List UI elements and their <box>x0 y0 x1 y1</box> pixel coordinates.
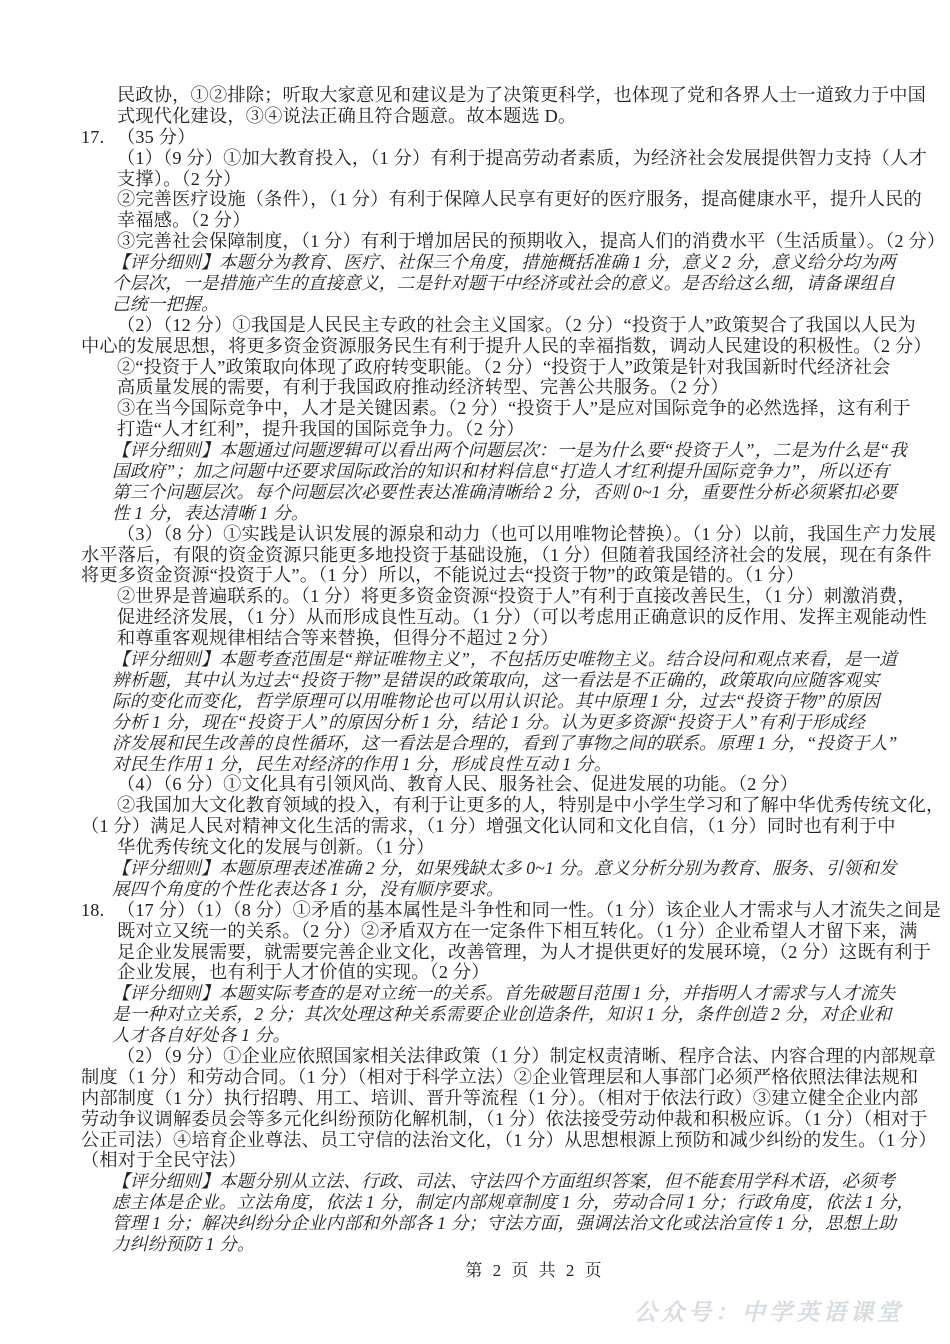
text-line: ③完善社会保障制度，（1 分）有利于增加居民的预期收入，提高人们的消费水平（生活… <box>0 231 950 252</box>
text-line: 18.（17 分）（1）（8 分）①矛盾的基本属性是斗争性和同一性。（1 分）该… <box>0 900 950 921</box>
line-text: 打造“人才红利”，提升我国的国际竞争力。（2 分） <box>117 419 525 439</box>
text-line: 公正司法）④培育企业尊法、员工守信的法治文化，（1 分）从思想根源上预防和减少纠… <box>0 1130 950 1151</box>
line-text: 幸福感。（2 分） <box>117 210 251 230</box>
answer-key-text: 民政协，①②排除；听取大家意见和建议是为了决策更科学，也体现了党和各界人士一道致… <box>0 85 950 1255</box>
rubric-line: 【评分细则】本题实际考查的是对立统一的关系。首先破题目范围 1 分，并指明人才需… <box>0 983 950 1004</box>
line-text: 际的变化而变化，哲学原理可以用唯物论也可以用认识论。其中原理 1 分，过去“投资… <box>112 691 880 711</box>
text-line: （2）（9 分）①企业应依照国家相关法律政策（1 分）制定权责清晰、程序合法、内… <box>0 1046 950 1067</box>
rubric-line: 【评分细则】本题原理表述准确 2 分，如果残缺太多 0~1 分。意义分析分别为教… <box>0 858 950 879</box>
page-number-footer: 第 2 页 共 2 页 <box>0 1256 950 1281</box>
line-text: 对民生作用 1 分，民生对经济的作用 1 分，形成良性互动 1 分。 <box>112 754 611 774</box>
line-text: ②完善医疗设施（条件），（1 分）有利于保障人民享有更好的医疗服务，提高健康水平… <box>117 189 922 209</box>
line-text: 国政府”；加之问题中还要求国际政治的知识和材料信息“打造人才红利提升国际竞争力”… <box>112 461 889 481</box>
text-line: 促进经济发展，（1 分）从而形成良性互动。（1 分）（可以考虑用正确意识的反作用… <box>0 607 950 628</box>
line-text: 支撑）。（2 分） <box>117 169 242 189</box>
rubric-line: 展四个角度的个性化表达各 1 分，没有顺序要求。 <box>0 879 950 900</box>
text-line: （1）（9 分）①加大教育投入，（1 分）有利于提高劳动者素质，为经济社会发展提… <box>0 148 950 169</box>
line-text: 分析 1 分，现在“投资于人”的原因分析 1 分，结论 1 分。认为更多资源“投… <box>112 712 865 732</box>
text-line: 水平落后，有限的资金资源只能更多地投资于基础设施，（1 分）但随着我国经济社会的… <box>0 545 950 566</box>
rubric-line: 【评分细则】本题通过问题逻辑可以看出两个问题层次：一是为什么要“投资于人”，二是… <box>0 440 950 461</box>
line-text: 【评分细则】本题实际考查的是对立统一的关系。首先破题目范围 1 分，并指明人才需… <box>112 983 895 1003</box>
text-line: （1 分）满足人民对精神文化生活的需求，（1 分）增强文化认同和文化自信，（1 … <box>0 816 950 837</box>
line-text: 【评分细则】本题考查范围是“辩证唯物主义”，不包括历史唯物主义。结合设问和观点来… <box>112 649 897 669</box>
line-text: 和尊重客观规律相结合等来替换，但得分不超过 2 分） <box>117 628 559 648</box>
line-text: ③完善社会保障制度，（1 分）有利于增加居民的预期收入，提高人们的消费水平（生活… <box>117 231 945 251</box>
rubric-line: 辨析题，其中认为过去“投资于物”是错误的政策取向，这一看法是不正确的，政策取向应… <box>0 670 950 691</box>
line-text: 式现代化建设，③④说法正确且符合题意。故本题选 D。 <box>117 106 576 126</box>
line-text: 管理 1 分；解决纠纷分企业内部和外部各 1 分；守法方面，强调法治文化或法治宣… <box>112 1213 896 1233</box>
line-text: ②我国加大文化教育领域的投入，有利于让更多的人，特别是中小学生学习和了解中华优秀… <box>117 795 944 815</box>
text-line: ③在当今国际竞争中，人才是关键因素。（2 分）“投资于人”是应对国际竞争的必然选… <box>0 398 950 419</box>
line-text: 企业发展，也有利于人才价值的实现。（2 分） <box>117 962 490 982</box>
line-text: 【评分细则】本题分别从立法、行政、司法、守法四个方面组织答案，但不能套用学科术语… <box>112 1171 895 1191</box>
line-text: 是一种对立关系，2 分；其次处理这种关系需要企业创造条件，知识 1 分，条件创造… <box>112 1004 892 1024</box>
line-text: 辨析题，其中认为过去“投资于物”是错误的政策取向，这一看法是不正确的，政策取向应… <box>112 670 879 690</box>
line-text: 【评分细则】本题分为教育、医疗、社保三个角度，措施概括准确 1 分，意义 2 分… <box>112 252 896 272</box>
rubric-line: 济发展和民生改善的良性循环，这一看法是合理的，看到了事物之间的联系。原理 1 分… <box>0 733 950 754</box>
rubric-line: 【评分细则】本题分别从立法、行政、司法、守法四个方面组织答案，但不能套用学科术语… <box>0 1171 950 1192</box>
text-line: 既对立又统一的关系。（2 分）②矛盾双方在一定条件下相互转化。（1 分）企业希望… <box>0 921 950 942</box>
rubric-line: 是一种对立关系，2 分；其次处理这种关系需要企业创造条件，知识 1 分，条件创造… <box>0 1004 950 1025</box>
line-text: 华优秀传统文化的发展与创新。（1 分） <box>117 837 435 857</box>
line-text: 内部制度（1 分）执行招聘、用工、培训、晋升等流程（1 分）。（相对于依法行政）… <box>81 1088 918 1108</box>
line-text: 既对立又统一的关系。（2 分）②矛盾双方在一定条件下相互转化。（1 分）企业希望… <box>117 921 918 941</box>
line-text: 济发展和民生改善的良性循环，这一看法是合理的，看到了事物之间的联系。原理 1 分… <box>112 733 898 753</box>
text-line: 制度（1 分）和劳动合同。（1 分）（相对于科学立法）②企业管理层和人事部门必须… <box>0 1067 950 1088</box>
line-text: 促进经济发展，（1 分）从而形成良性互动。（1 分）（可以考虑用正确意识的反作用… <box>117 607 927 627</box>
line-text: （17 分）（1）（8 分）①矛盾的基本属性是斗争性和同一性。（1 分）该企业人… <box>117 900 941 920</box>
line-text: 第三个问题层次。每个问题层次必要性表达准确清晰给 2 分，否则 0~1 分，重要… <box>112 482 897 502</box>
text-line: ②世界是普遍联系的。（1 分）将更多资金资源“投资于人”有利于直接改善民生，（1… <box>0 586 950 607</box>
rubric-line: 管理 1 分；解决纠纷分企业内部和外部各 1 分；守法方面，强调法治文化或法治宣… <box>0 1213 950 1234</box>
rubric-line: 际的变化而变化，哲学原理可以用唯物论也可以用认识论。其中原理 1 分，过去“投资… <box>0 691 950 712</box>
text-line: 和尊重客观规律相结合等来替换，但得分不超过 2 分） <box>0 628 950 649</box>
line-text: ②“投资于人”政策取向体现了政府转变职能。（2 分）“投资于人”政策是针对我国新… <box>117 357 891 377</box>
text-line: 企业发展，也有利于人才价值的实现。（2 分） <box>0 962 950 983</box>
watermark-text: 公众号：中学英语课堂 <box>634 1294 904 1327</box>
line-text: 水平落后，有限的资金资源只能更多地投资于基础设施，（1 分）但随着我国经济社会的… <box>81 545 932 565</box>
line-text: 公正司法）④培育企业尊法、员工守信的法治文化，（1 分）从思想根源上预防和减少纠… <box>81 1130 937 1150</box>
line-text: 己统一把握。 <box>112 294 219 314</box>
line-text: 个层次，一是措施产生的直接意义，二是针对题干中经济或社会的意义。是否给这么细，请… <box>112 273 895 293</box>
line-text: 性 1 分，表达清晰 1 分。 <box>112 503 309 523</box>
text-line: ②完善医疗设施（条件），（1 分）有利于保障人民享有更好的医疗服务，提高健康水平… <box>0 189 950 210</box>
line-text: 人才各自好处各 1 分。 <box>112 1025 290 1045</box>
document-page: 民政协，①②排除；听取大家意见和建议是为了决策更科学，也体现了党和各界人士一道致… <box>0 0 950 1344</box>
question-number: 17. <box>81 127 117 148</box>
line-text: ③在当今国际竞争中，人才是关键因素。（2 分）“投资于人”是应对国际竞争的必然选… <box>117 398 911 418</box>
text-line: 中心的发展思想，将更多资金资源服务民生有利于提升人民的幸福指数，调动人民建设的积… <box>0 336 950 357</box>
rubric-line: 虑主体是企业。立法角度，依法 1 分，制定内部规章制度 1 分，劳动合同 1 分… <box>0 1192 950 1213</box>
line-text: ②世界是普遍联系的。（1 分）将更多资金资源“投资于人”有利于直接改善民生，（1… <box>117 586 916 606</box>
rubric-line: 对民生作用 1 分，民生对经济的作用 1 分，形成良性互动 1 分。 <box>0 754 950 775</box>
text-line: （相对于全民守法） <box>0 1150 950 1171</box>
rubric-line: 分析 1 分，现在“投资于人”的原因分析 1 分，结论 1 分。认为更多资源“投… <box>0 712 950 733</box>
line-text: 中心的发展思想，将更多资金资源服务民生有利于提升人民的幸福指数，调动人民建设的积… <box>81 336 932 356</box>
line-text: （35 分） <box>117 127 196 147</box>
question-number: 18. <box>81 900 117 921</box>
text-line: （4）（6 分）①文化具有引领风尚、教育人民、服务社会、促进发展的功能。（2 分… <box>0 774 950 795</box>
rubric-line: 人才各自好处各 1 分。 <box>0 1025 950 1046</box>
text-line: 民政协，①②排除；听取大家意见和建议是为了决策更科学，也体现了党和各界人士一道致… <box>0 85 950 106</box>
text-line: 高质量发展的需要，有利于我国政府推动经济转型、完善公共服务。（2 分） <box>0 377 950 398</box>
rubric-line: 个层次，一是措施产生的直接意义，二是针对题干中经济或社会的意义。是否给这么细，请… <box>0 273 950 294</box>
rubric-line: 第三个问题层次。每个问题层次必要性表达准确清晰给 2 分，否则 0~1 分，重要… <box>0 482 950 503</box>
text-line: 打造“人才红利”，提升我国的国际竞争力。（2 分） <box>0 419 950 440</box>
text-line: 内部制度（1 分）执行招聘、用工、培训、晋升等流程（1 分）。（相对于依法行政）… <box>0 1088 950 1109</box>
line-text: 高质量发展的需要，有利于我国政府推动经济转型、完善公共服务。（2 分） <box>117 377 729 397</box>
text-line: 足企业发展需要，就需要完善企业文化，改善管理，为人才提供更好的发展环境，（2 分… <box>0 942 950 963</box>
line-text: 力纠纷预防 1 分。 <box>112 1234 255 1254</box>
text-line: 劳动争议调解委员会等多元化纠纷预防化解机制，（1 分）依法接受劳动仲裁和积极应诉… <box>0 1109 950 1130</box>
text-line: ②“投资于人”政策取向体现了政府转变职能。（2 分）“投资于人”政策是针对我国新… <box>0 357 950 378</box>
line-text: 制度（1 分）和劳动合同。（1 分）（相对于科学立法）②企业管理层和人事部门必须… <box>81 1067 918 1087</box>
line-text: 将更多资金资源“投资于人”。（1 分）所以，不能说过去“投资于物”的政策是错的。… <box>81 565 804 585</box>
line-text: 虑主体是企业。立法角度，依法 1 分，制定内部规章制度 1 分，劳动合同 1 分… <box>112 1192 914 1212</box>
text-line: 华优秀传统文化的发展与创新。（1 分） <box>0 837 950 858</box>
line-text: （2）（9 分）①企业应依照国家相关法律政策（1 分）制定权责清晰、程序合法、内… <box>117 1046 936 1066</box>
line-text: （2）（12 分）①我国是人民民主专政的社会主义国家。（2 分）“投资于人”政策… <box>117 315 916 335</box>
line-text: （3）（8 分）①实践是认识发展的源泉和动力（也可以用唯物论替换）。（1 分）以… <box>117 524 936 544</box>
rubric-line: 性 1 分，表达清晰 1 分。 <box>0 503 950 524</box>
text-line: 17.（35 分） <box>0 127 950 148</box>
line-text: 足企业发展需要，就需要完善企业文化，改善管理，为人才提供更好的发展环境，（2 分… <box>117 942 931 962</box>
line-text: 【评分细则】本题通过问题逻辑可以看出两个问题层次：一是为什么要“投资于人”，二是… <box>112 440 907 460</box>
text-line: 幸福感。（2 分） <box>0 210 950 231</box>
line-text: 展四个角度的个性化表达各 1 分，没有顺序要求。 <box>112 879 504 899</box>
rubric-line: 【评分细则】本题分为教育、医疗、社保三个角度，措施概括准确 1 分，意义 2 分… <box>0 252 950 273</box>
rubric-line: 力纠纷预防 1 分。 <box>0 1234 950 1255</box>
line-text: （1）（9 分）①加大教育投入，（1 分）有利于提高劳动者素质，为经济社会发展提… <box>117 148 927 168</box>
rubric-line: 己统一把握。 <box>0 294 950 315</box>
text-line: （2）（12 分）①我国是人民民主专政的社会主义国家。（2 分）“投资于人”政策… <box>0 315 950 336</box>
line-text: （1 分）满足人民对精神文化生活的需求，（1 分）增强文化认同和文化自信，（1 … <box>81 816 896 836</box>
rubric-line: 【评分细则】本题考查范围是“辩证唯物主义”，不包括历史唯物主义。结合设问和观点来… <box>0 649 950 670</box>
line-text: （相对于全民守法） <box>81 1150 247 1170</box>
line-text: 劳动争议调解委员会等多元化纠纷预防化解机制，（1 分）依法接受劳动仲裁和积极应诉… <box>81 1109 928 1129</box>
text-line: ②我国加大文化教育领域的投入，有利于让更多的人，特别是中小学生学习和了解中华优秀… <box>0 795 950 816</box>
text-line: 支撑）。（2 分） <box>0 169 950 190</box>
text-line: 式现代化建设，③④说法正确且符合题意。故本题选 D。 <box>0 106 950 127</box>
rubric-line: 国政府”；加之问题中还要求国际政治的知识和材料信息“打造人才红利提升国际竞争力”… <box>0 461 950 482</box>
line-text: 民政协，①②排除；听取大家意见和建议是为了决策更科学，也体现了党和各界人士一道致… <box>117 85 926 105</box>
line-text: 【评分细则】本题原理表述准确 2 分，如果残缺太多 0~1 分。意义分析分别为教… <box>112 858 897 878</box>
text-line: 将更多资金资源“投资于人”。（1 分）所以，不能说过去“投资于物”的政策是错的。… <box>0 565 950 586</box>
line-text: （4）（6 分）①文化具有引领风尚、教育人民、服务社会、促进发展的功能。（2 分… <box>117 774 798 794</box>
text-line: （3）（8 分）①实践是认识发展的源泉和动力（也可以用唯物论替换）。（1 分）以… <box>0 524 950 545</box>
